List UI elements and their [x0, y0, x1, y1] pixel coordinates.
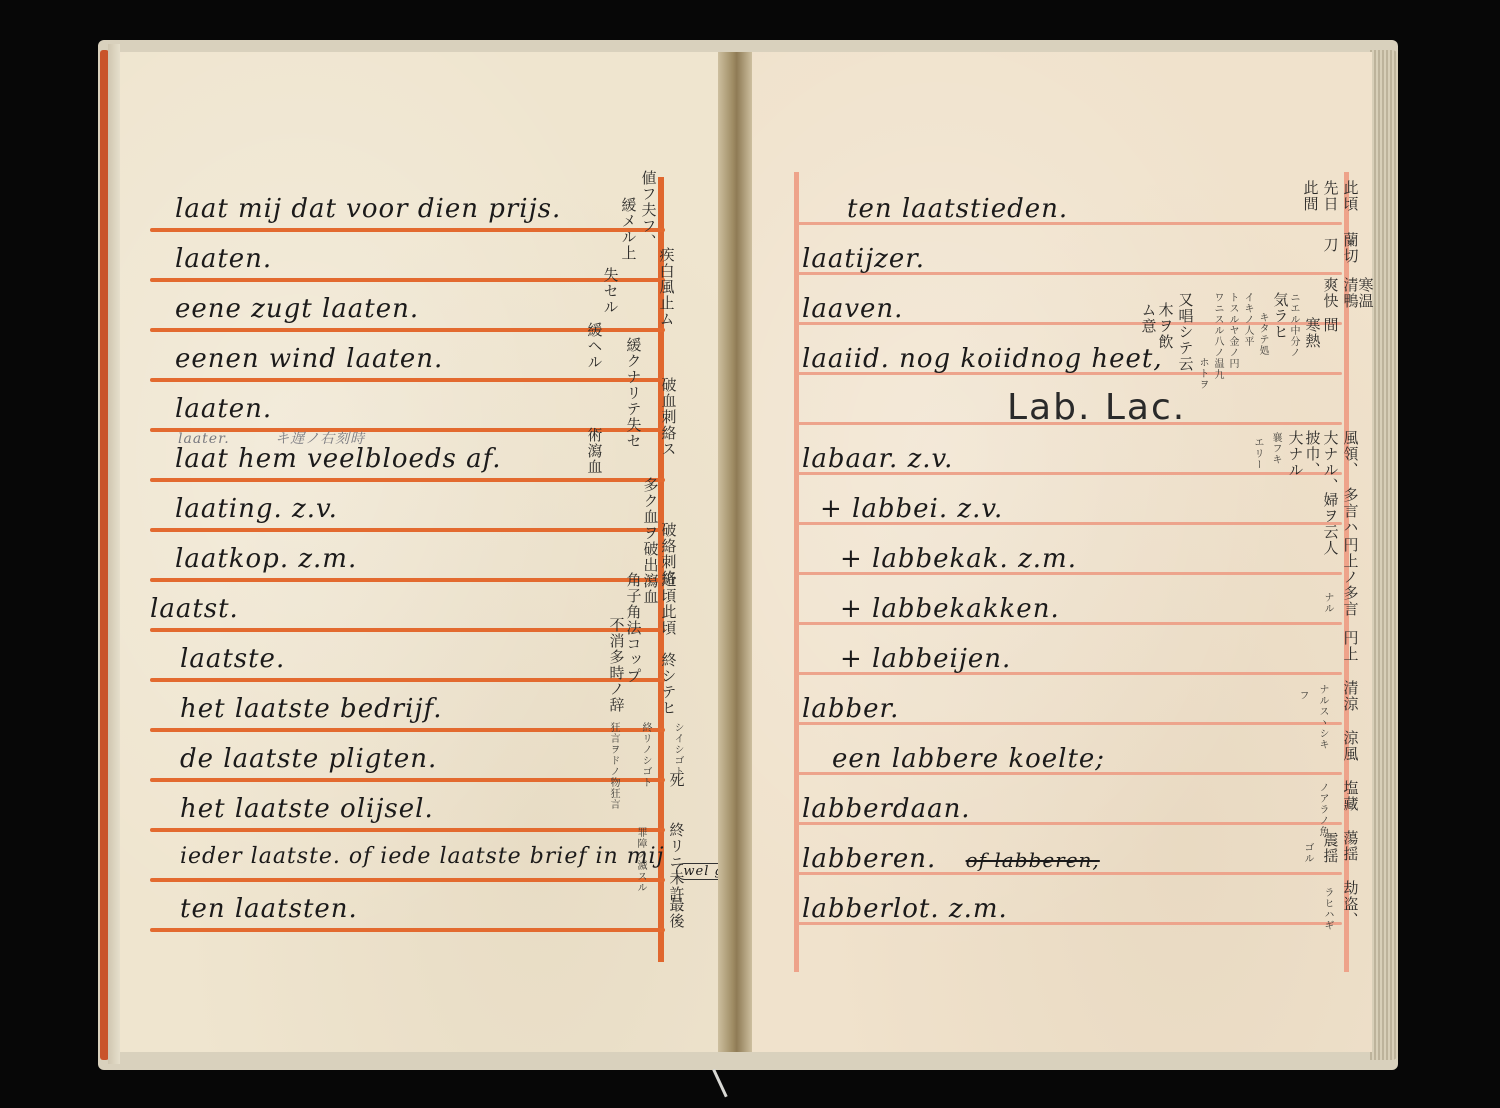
gloss: 疾白風止ム — [658, 247, 675, 327]
entry: labber. — [802, 694, 899, 724]
gloss: 此頃 — [1342, 180, 1359, 212]
gloss: 披巾、 — [1304, 430, 1321, 478]
ruled-line — [150, 478, 665, 482]
section-heading: Lab. Lac. — [1007, 387, 1186, 428]
gloss: 緩メル上 — [620, 197, 637, 261]
gloss: 円上ノ多言 — [1342, 537, 1359, 617]
gloss: 此間 — [1302, 180, 1319, 212]
entry: + labbeijen. — [840, 644, 1011, 674]
ruled-line — [150, 628, 665, 632]
ruled-line — [150, 378, 665, 382]
ruled-line — [150, 928, 665, 932]
entry: laat mij dat voor dien prijs. — [175, 194, 561, 224]
ruled-line — [150, 778, 665, 782]
entry-text: labberen. — [802, 844, 936, 874]
entry: + labbekakken. — [840, 594, 1060, 624]
gloss: 角子角法コップ — [625, 572, 642, 684]
gloss: 蕩揺 — [1342, 830, 1359, 862]
entry: labberdaan. — [802, 794, 971, 824]
gloss: 失セル — [602, 267, 619, 315]
entry: labberen. of labberen, — [802, 844, 1100, 874]
entry: ten laatstieden. — [847, 194, 1068, 224]
right-page: ten laatstieden. laatijzer. laaven. laai… — [752, 52, 1372, 1052]
gloss: 緩クナリテ失セ — [625, 337, 642, 449]
entry: + labbei. z.v. — [820, 494, 1003, 524]
gloss: 終リニ未許 — [668, 822, 685, 902]
gloss: 緩ヘル — [586, 322, 603, 370]
entry: laaiid. nog koiidnog heet, — [802, 344, 1163, 374]
gloss: ワニスル八ノ温九 — [1212, 292, 1223, 380]
gloss: 爽快 — [1322, 277, 1339, 309]
entry: een labbere koelte; — [832, 744, 1105, 774]
gloss: 終リノシゴト — [640, 722, 651, 788]
gloss: 不消多時ノ辞 — [608, 617, 625, 713]
entry-text: ieder laatste. of iede laatste brief in … — [180, 844, 664, 869]
gloss: 多ク血ヲ破出瀉血 — [642, 477, 659, 605]
gloss: トスルヤ金ノ円 — [1227, 292, 1238, 369]
entry: ieder laatste. of iede laatste brief in … — [180, 844, 779, 879]
photo-stage: laat mij dat voor dien prijs. laaten. ee… — [0, 0, 1500, 1108]
gloss: 値フ夫フ、 — [640, 170, 657, 250]
gloss: ナル — [1322, 592, 1333, 614]
gloss: 寒熱 — [1304, 317, 1321, 349]
page-stack-left — [108, 44, 120, 1064]
page-stack-right — [1370, 50, 1398, 1060]
gloss: 大ナル — [1287, 430, 1304, 478]
gloss: ホトヲ — [1197, 357, 1208, 390]
gloss: ム意 — [1140, 302, 1157, 334]
entry: eene zugt laaten. — [175, 294, 419, 324]
entry: + labbekak. z.m. — [840, 544, 1077, 574]
gloss: 風領、 — [1342, 430, 1359, 478]
gloss: 蘭切 — [1342, 232, 1359, 264]
gloss: ラヒハギ — [1322, 887, 1333, 931]
gloss: 先日 — [1322, 180, 1339, 212]
entry: labaar. z.v. — [802, 444, 953, 474]
entry: laat hem veelbloeds af. — [175, 444, 502, 474]
gloss: 劫盗、 — [1342, 880, 1359, 928]
gloss: イキノ人平 — [1242, 292, 1253, 347]
gloss: 多言ハ — [1342, 487, 1359, 535]
gloss: 又唱シテ云 — [1177, 292, 1194, 372]
gloss: ゴル — [1302, 842, 1313, 864]
gloss: 震揺 — [1322, 832, 1339, 864]
entry: laatkop. z.m. — [175, 544, 357, 574]
gloss: 木ヲ飲 — [1157, 302, 1174, 350]
entry: het laatste bedrijf. — [180, 694, 443, 724]
entry: laating. z.v. — [175, 494, 338, 524]
gloss: エリー — [1252, 437, 1263, 470]
gloss: フ — [1297, 690, 1308, 701]
gloss: 終シテヒ — [660, 652, 677, 716]
ruled-line — [150, 728, 665, 732]
book-gutter — [718, 52, 752, 1052]
gloss: 刀 — [1322, 237, 1339, 253]
gloss: 涼風 — [1342, 730, 1359, 762]
gloss: 襄フキ — [1270, 432, 1281, 465]
gloss: 狂言ヲドノ物狂言 — [608, 722, 619, 810]
struck-text: of labberen, — [966, 848, 1100, 872]
gloss: ニエル中分ノ — [1288, 292, 1299, 358]
ruled-line — [150, 278, 665, 282]
entry: het laatste olijsel. — [180, 794, 434, 824]
gloss: 大ナル、 — [1322, 430, 1339, 494]
ruled-line — [150, 228, 665, 232]
entry: labberlot. z.m. — [802, 894, 1008, 924]
gloss: 清涼 — [1342, 680, 1359, 712]
entry: laaten. — [175, 244, 272, 274]
gloss: 破血刺絡ス — [660, 377, 677, 457]
gloss: ナルスヽシキ — [1317, 684, 1328, 750]
entry: ten laatsten. — [180, 894, 358, 924]
gloss: 気ラヒ — [1272, 292, 1289, 340]
gloss: 最後 — [668, 897, 685, 929]
gloss: 間 — [1322, 317, 1339, 333]
gloss: 円上 — [1342, 630, 1359, 662]
gloss: 近頃此頃 — [660, 572, 677, 636]
gloss: 塩藏 — [1342, 780, 1359, 812]
ruled-line — [150, 828, 665, 832]
ruled-line — [150, 678, 665, 682]
entry: de laatste pligten. — [180, 744, 437, 774]
gloss: 死 — [668, 772, 685, 788]
entry: laaven. — [802, 294, 903, 324]
ruled-line — [150, 578, 665, 582]
entry-headword: laatst. — [150, 594, 239, 624]
gloss: 婦ヲ云人 — [1322, 492, 1339, 556]
gloss: ノアラノ魚 — [1317, 782, 1328, 837]
entry: laaten. — [175, 394, 272, 424]
left-page: laat mij dat voor dien prijs. laaten. ee… — [120, 52, 718, 1052]
gloss: 寒温 — [1357, 277, 1374, 309]
gloss: 罪障ノ滅スル — [635, 827, 646, 893]
entry: eenen wind laaten. — [175, 344, 443, 374]
ruled-line — [150, 528, 665, 532]
gloss: 術瀉血 — [586, 427, 603, 475]
entry: laatijzer. — [802, 244, 925, 274]
gloss: キタテ処 — [1257, 312, 1268, 356]
entry: laatste. — [180, 644, 285, 674]
gloss: シイシゴト — [672, 722, 683, 777]
